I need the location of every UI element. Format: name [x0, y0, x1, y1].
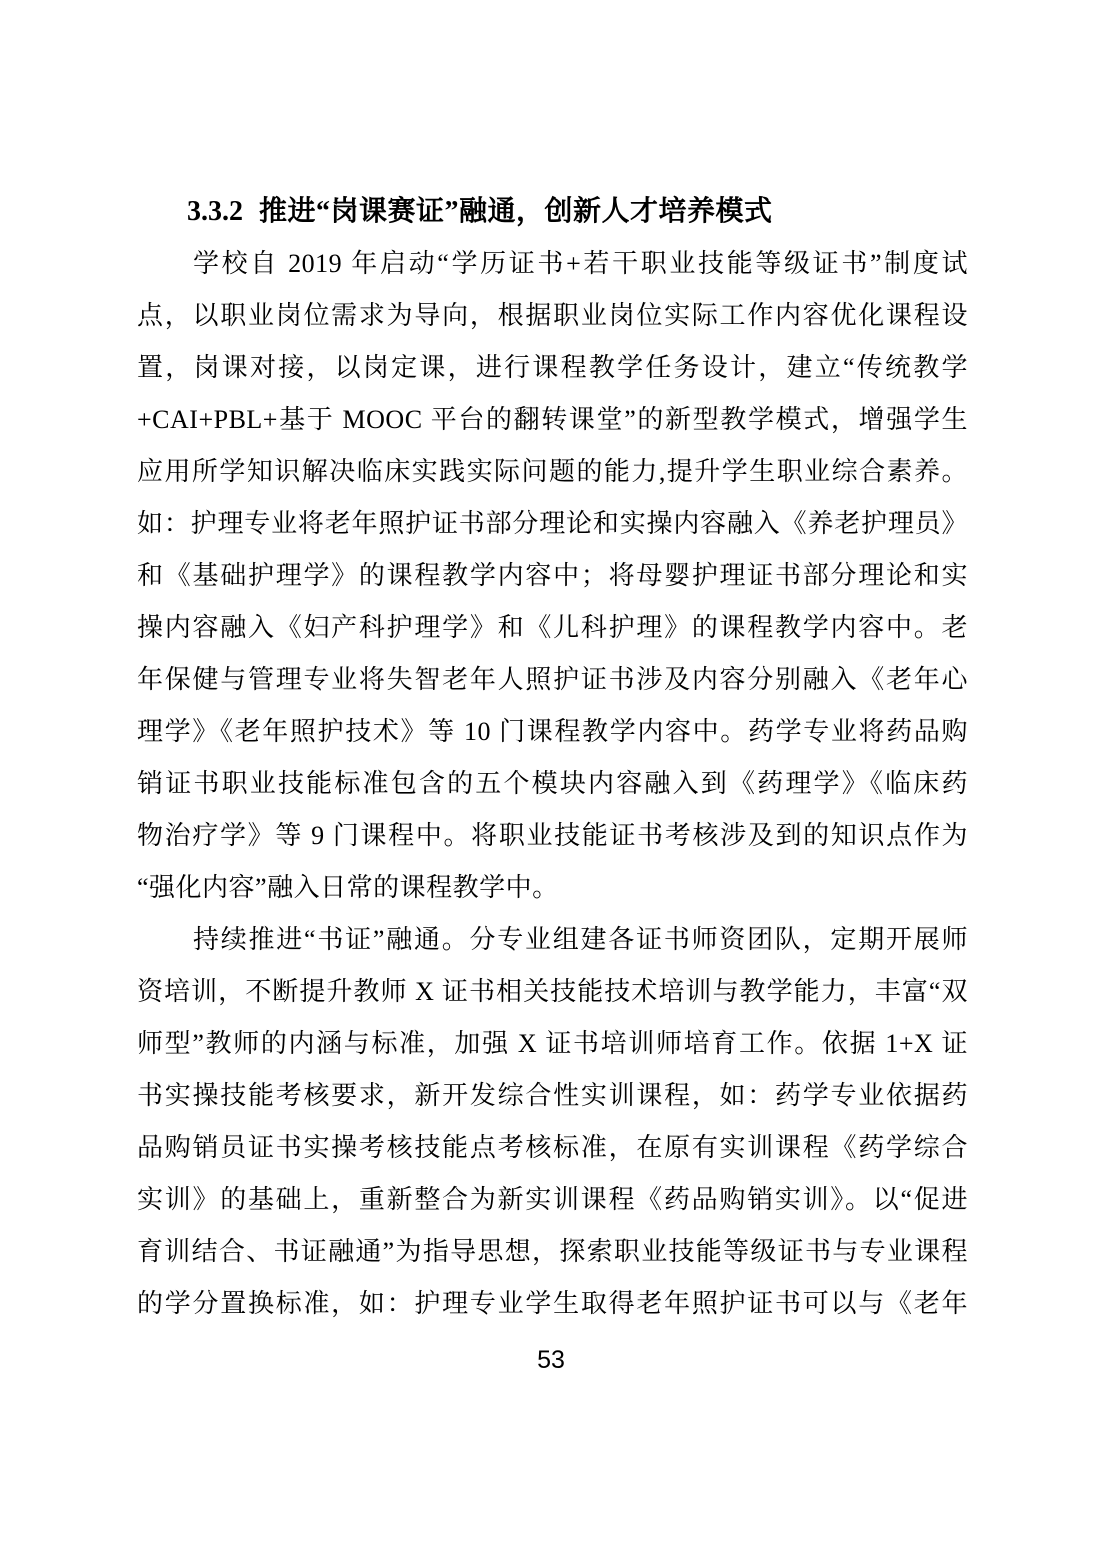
section-heading-text: 推进“岗课赛证”融通，创新人才培养模式 — [259, 196, 773, 227]
paragraph-1-line: 学校自 2019 年启动“学历证书+若干职业技能等级证书”制度试 — [137, 238, 968, 290]
paragraph-1-line: 和《基础护理学》的课程教学内容中；将母婴护理证书部分理论和实 — [137, 550, 968, 602]
paragraph-2-line: 师型”教师的内涵与标准，加强 X 证书培训师培育工作。依据 1+X 证 — [137, 1018, 968, 1070]
paragraph-1-line: 物治疗学》等 9 门课程中。将职业技能证书考核涉及到的知识点作为 — [137, 810, 968, 862]
document-text-block: 3.3.2推进“岗课赛证”融通，创新人才培养模式 学校自 2019 年启动“学历… — [137, 186, 968, 1330]
section-heading: 3.3.2推进“岗课赛证”融通，创新人才培养模式 — [137, 186, 968, 238]
paragraph-2-line: 的学分置换标准，如：护理专业学生取得老年照护证书可以与《老年 — [137, 1278, 968, 1330]
section-heading-number: 3.3.2 — [187, 196, 243, 227]
paragraph-2-line: 实训》的基础上，重新整合为新实训课程《药品购销实训》。以“促进 — [137, 1174, 968, 1226]
paragraph-1-line: 置，岗课对接，以岗定课，进行课程教学任务设计，建立“传统教学 — [137, 342, 968, 394]
paragraph-2-line: 品购销员证书实操考核技能点考核标准，在原有实训课程《药学综合 — [137, 1122, 968, 1174]
paragraph-2-line: 资培训，不断提升教师 X 证书相关技能技术培训与教学能力，丰富“双 — [137, 966, 968, 1018]
paragraph-2-line: 书实操技能考核要求，新开发综合性实训课程，如：药学专业依据药 — [137, 1070, 968, 1122]
paragraph-1-line: “强化内容”融入日常的课程教学中。 — [137, 862, 968, 914]
paragraph-2-line: 持续推进“书证”融通。分专业组建各证书师资团队，定期开展师 — [137, 914, 968, 966]
paragraph-2-line: 育训结合、书证融通”为指导思想，探索职业技能等级证书与专业课程 — [137, 1226, 968, 1278]
paragraph-1-line: 如：护理专业将老年照护证书部分理论和实操内容融入《养老护理员》 — [137, 498, 968, 550]
paragraph-1-line: 操内容融入《妇产科护理学》和《儿科护理》的课程教学内容中。老 — [137, 602, 968, 654]
paragraph-1-line: +CAI+PBL+基于 MOOC 平台的翻转课堂”的新型教学模式，增强学生 — [137, 394, 968, 446]
paragraph-1-line: 应用所学知识解决临床实践实际问题的能力,提升学生职业综合素养。 — [137, 446, 968, 498]
paragraph-1-line: 点，以职业岗位需求为导向，根据职业岗位实际工作内容优化课程设 — [137, 290, 968, 342]
paragraph-1-line: 销证书职业技能标准包含的五个模块内容融入到《药理学》《临床药 — [137, 758, 968, 810]
paragraph-1-line: 年保健与管理专业将失智老年人照护证书涉及内容分别融入《老年心 — [137, 654, 968, 706]
paragraph-1-line: 理学》《老年照护技术》等 10 门课程教学内容中。药学专业将药品购 — [137, 706, 968, 758]
page-number: 53 — [0, 1334, 1102, 1386]
